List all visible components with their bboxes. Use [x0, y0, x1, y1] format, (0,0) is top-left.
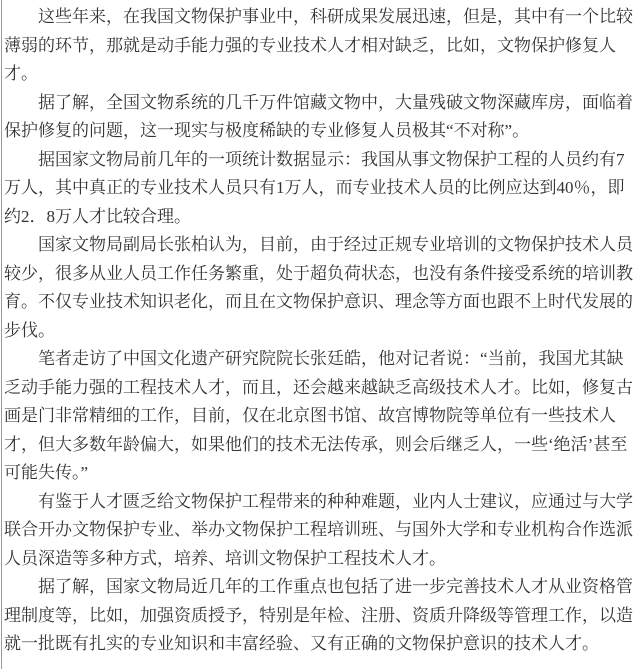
article-body: 这些年来，在我国文物保护事业中，科研成果发展迅速，但是，其中有一个比较薄弱的环节…	[2, 0, 635, 659]
paragraph: 这些年来，在我国文物保护事业中，科研成果发展迅速，但是，其中有一个比较薄弱的环节…	[4, 3, 633, 89]
paragraph: 据国家文物局前几年的一项统计数据显示：我国从事文物保护工程的人员约有7万人，其中…	[4, 146, 633, 232]
paragraph: 有鉴于人才匮乏给文物保护工程带来的种种难题，业内人士建议，应通过与大学联合开办文…	[4, 488, 633, 574]
paragraph: 笔者走访了中国文化遗产研究院院长张廷皓，他对记者说：“当前，我国尤其缺乏动手能力…	[4, 345, 633, 488]
paragraph: 据了解，国家文物局近几年的工作重点也包括了进一步完善技术人才从业资格管理制度等，…	[4, 573, 633, 659]
document-page: 这些年来，在我国文物保护事业中，科研成果发展迅速，但是，其中有一个比较薄弱的环节…	[0, 0, 640, 669]
paragraph: 据了解，全国文物系统的几千万件馆藏文物中，大量残破文物深藏库房，面临着保护修复的…	[4, 89, 633, 146]
paragraph: 国家文物局副局长张柏认为，目前，由于经过正规专业培训的文物保护技术人员较少，很多…	[4, 231, 633, 345]
